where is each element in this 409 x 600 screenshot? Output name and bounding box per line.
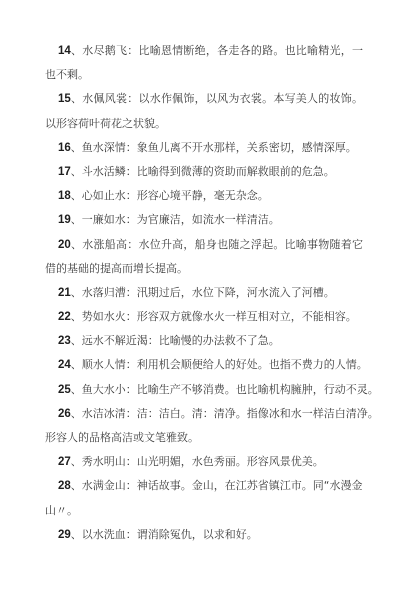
item-number: 20 [58, 239, 71, 251]
list-item-27: 27、秀水明山：山光明媚，水色秀丽。形容风景优美。 [0, 450, 409, 474]
item-text: 、秀水明山：山光明媚，水色秀丽。形容风景优美。 [71, 455, 324, 468]
item-text: 、顺水人情：利用机会顺便给人的好处。也指不费力的人情。 [71, 358, 368, 371]
item-number: 24 [58, 359, 71, 371]
list-item-29: 29、以水洗血：谓消除冤仇，以求和好。 [0, 523, 409, 547]
item-text: 、水佩风裳：以水作佩饰，以风为衣裳。本写美人的妆饰。后 用 [58, 92, 363, 111]
item-number: 22 [58, 311, 71, 323]
item-number: 19 [58, 214, 71, 226]
item-number: 21 [58, 287, 71, 299]
item-number: 18 [58, 190, 71, 202]
item-text: 山〃。 [45, 504, 78, 517]
list-item-21: 21、水落归漕：汛期过后，水位下降，河水流入了河槽。 [0, 281, 409, 305]
list-item-28: 28、水满金山：神话故事。金山，在江苏省镇江市。同“水漫金 [0, 474, 409, 498]
item-text: 、鱼水深情：象鱼儿离不开水那样，关系密切，感情深厚。 [71, 141, 357, 154]
list-item-15-continuation: 以形容荷叶荷花之状貌。 [0, 112, 409, 136]
item-text: 、以水洗血：谓消除冤仇，以求和好。 [71, 528, 258, 541]
list-item-22: 22、势如水火：形容双方就像水火一样互相对立，不能相容。 [0, 305, 409, 329]
list-item-14-continuation: 也不剩。 [0, 63, 409, 87]
list-item-18: 18、心如止水：形容心境平静，毫无杂念。 [0, 184, 409, 208]
list-item-19: 19、一廉如水：为官廉洁，如流水一样清洁。 [0, 208, 409, 232]
item-text: 、心如止水：形容心境平静，毫无杂念。 [71, 189, 269, 202]
list-item-24: 24、顺水人情：利用机会顺便给人的好处。也指不费力的人情。 [0, 353, 409, 377]
item-number: 23 [58, 335, 71, 347]
list-item-26-continuation: 形容人的品格高洁或文笔雅致。 [0, 426, 409, 450]
item-text: 借的基础的提高而增长提高。 [45, 262, 188, 275]
list-item-26: 26、水洁冰清：洁：洁白。清：清净。指像冰和水一样洁白清净。 [0, 402, 409, 426]
list-item-23: 23、远水不解近渴：比喻慢的办法救不了急。 [0, 329, 409, 353]
item-text: 、水尽鹅飞：比喻恩情断绝，各走各的路。也比喻精光，一点 儿 [58, 44, 363, 63]
item-text: 、水涨船高：水位升高，船身也随之浮起。比喻事物随着它所 凭 [58, 238, 363, 257]
item-number: 17 [58, 166, 71, 178]
list-item-20-continuation: 借的基础的提高而增长提高。 [0, 257, 409, 281]
list-item-16: 16、鱼水深情：象鱼儿离不开水那样，关系密切，感情深厚。 [0, 136, 409, 160]
list-item-17: 17、斗水活鳞：比喻得到微薄的资助而解救眼前的危急。 [0, 160, 409, 184]
list-item-28-continuation: 山〃。 [0, 499, 409, 523]
item-text: 形容人的品格高洁或文笔雅致。 [45, 431, 199, 444]
item-number: 16 [58, 142, 71, 154]
item-text: 、势如水火：形容双方就像水火一样互相对立，不能相容。 [71, 310, 357, 323]
item-text: 、鱼大水小：比喻生产不够消费。也比喻机构臃肿，行动不灵。 [71, 383, 379, 396]
list-item-25: 25、鱼大水小：比喻生产不够消费。也比喻机构臃肿，行动不灵。 [0, 378, 409, 402]
item-number: 29 [58, 529, 71, 541]
list-item-14: 14、水尽鹅飞：比喻恩情断绝，各走各的路。也比喻精光，一点 儿 [0, 39, 363, 63]
list-item-20: 20、水涨船高：水位升高，船身也随之浮起。比喻事物随着它所 凭 [0, 233, 363, 257]
item-text: 以形容荷叶荷花之状貌。 [45, 117, 166, 130]
item-number: 15 [58, 93, 71, 105]
list-item-15: 15、水佩风裳：以水作佩饰，以风为衣裳。本写美人的妆饰。后 用 [0, 87, 363, 111]
item-number: 25 [58, 384, 71, 396]
item-text: 也不剩。 [45, 68, 89, 81]
item-text: 、斗水活鳞：比喻得到微薄的资助而解救眼前的危急。 [71, 165, 335, 178]
item-number: 14 [58, 45, 71, 57]
item-number: 27 [58, 456, 71, 468]
item-text: 、一廉如水：为官廉洁，如流水一样清洁。 [71, 213, 280, 226]
item-text: 、水洁冰清：洁：洁白。清：清净。指像冰和水一样洁白清净。 [71, 407, 379, 420]
item-number: 26 [58, 408, 71, 420]
item-text: 、远水不解近渴：比喻慢的办法救不了急。 [71, 334, 280, 347]
item-number: 28 [58, 480, 71, 492]
item-text: 、水落归漕：汛期过后，水位下降，河水流入了河槽。 [71, 286, 335, 299]
item-text: 、水满金山：神话故事。金山，在江苏省镇江市。同“水漫金 [71, 479, 363, 492]
document-page: 14、水尽鹅飞：比喻恩情断绝，各走各的路。也比喻精光，一点 儿 也不剩。 15、… [0, 39, 409, 547]
